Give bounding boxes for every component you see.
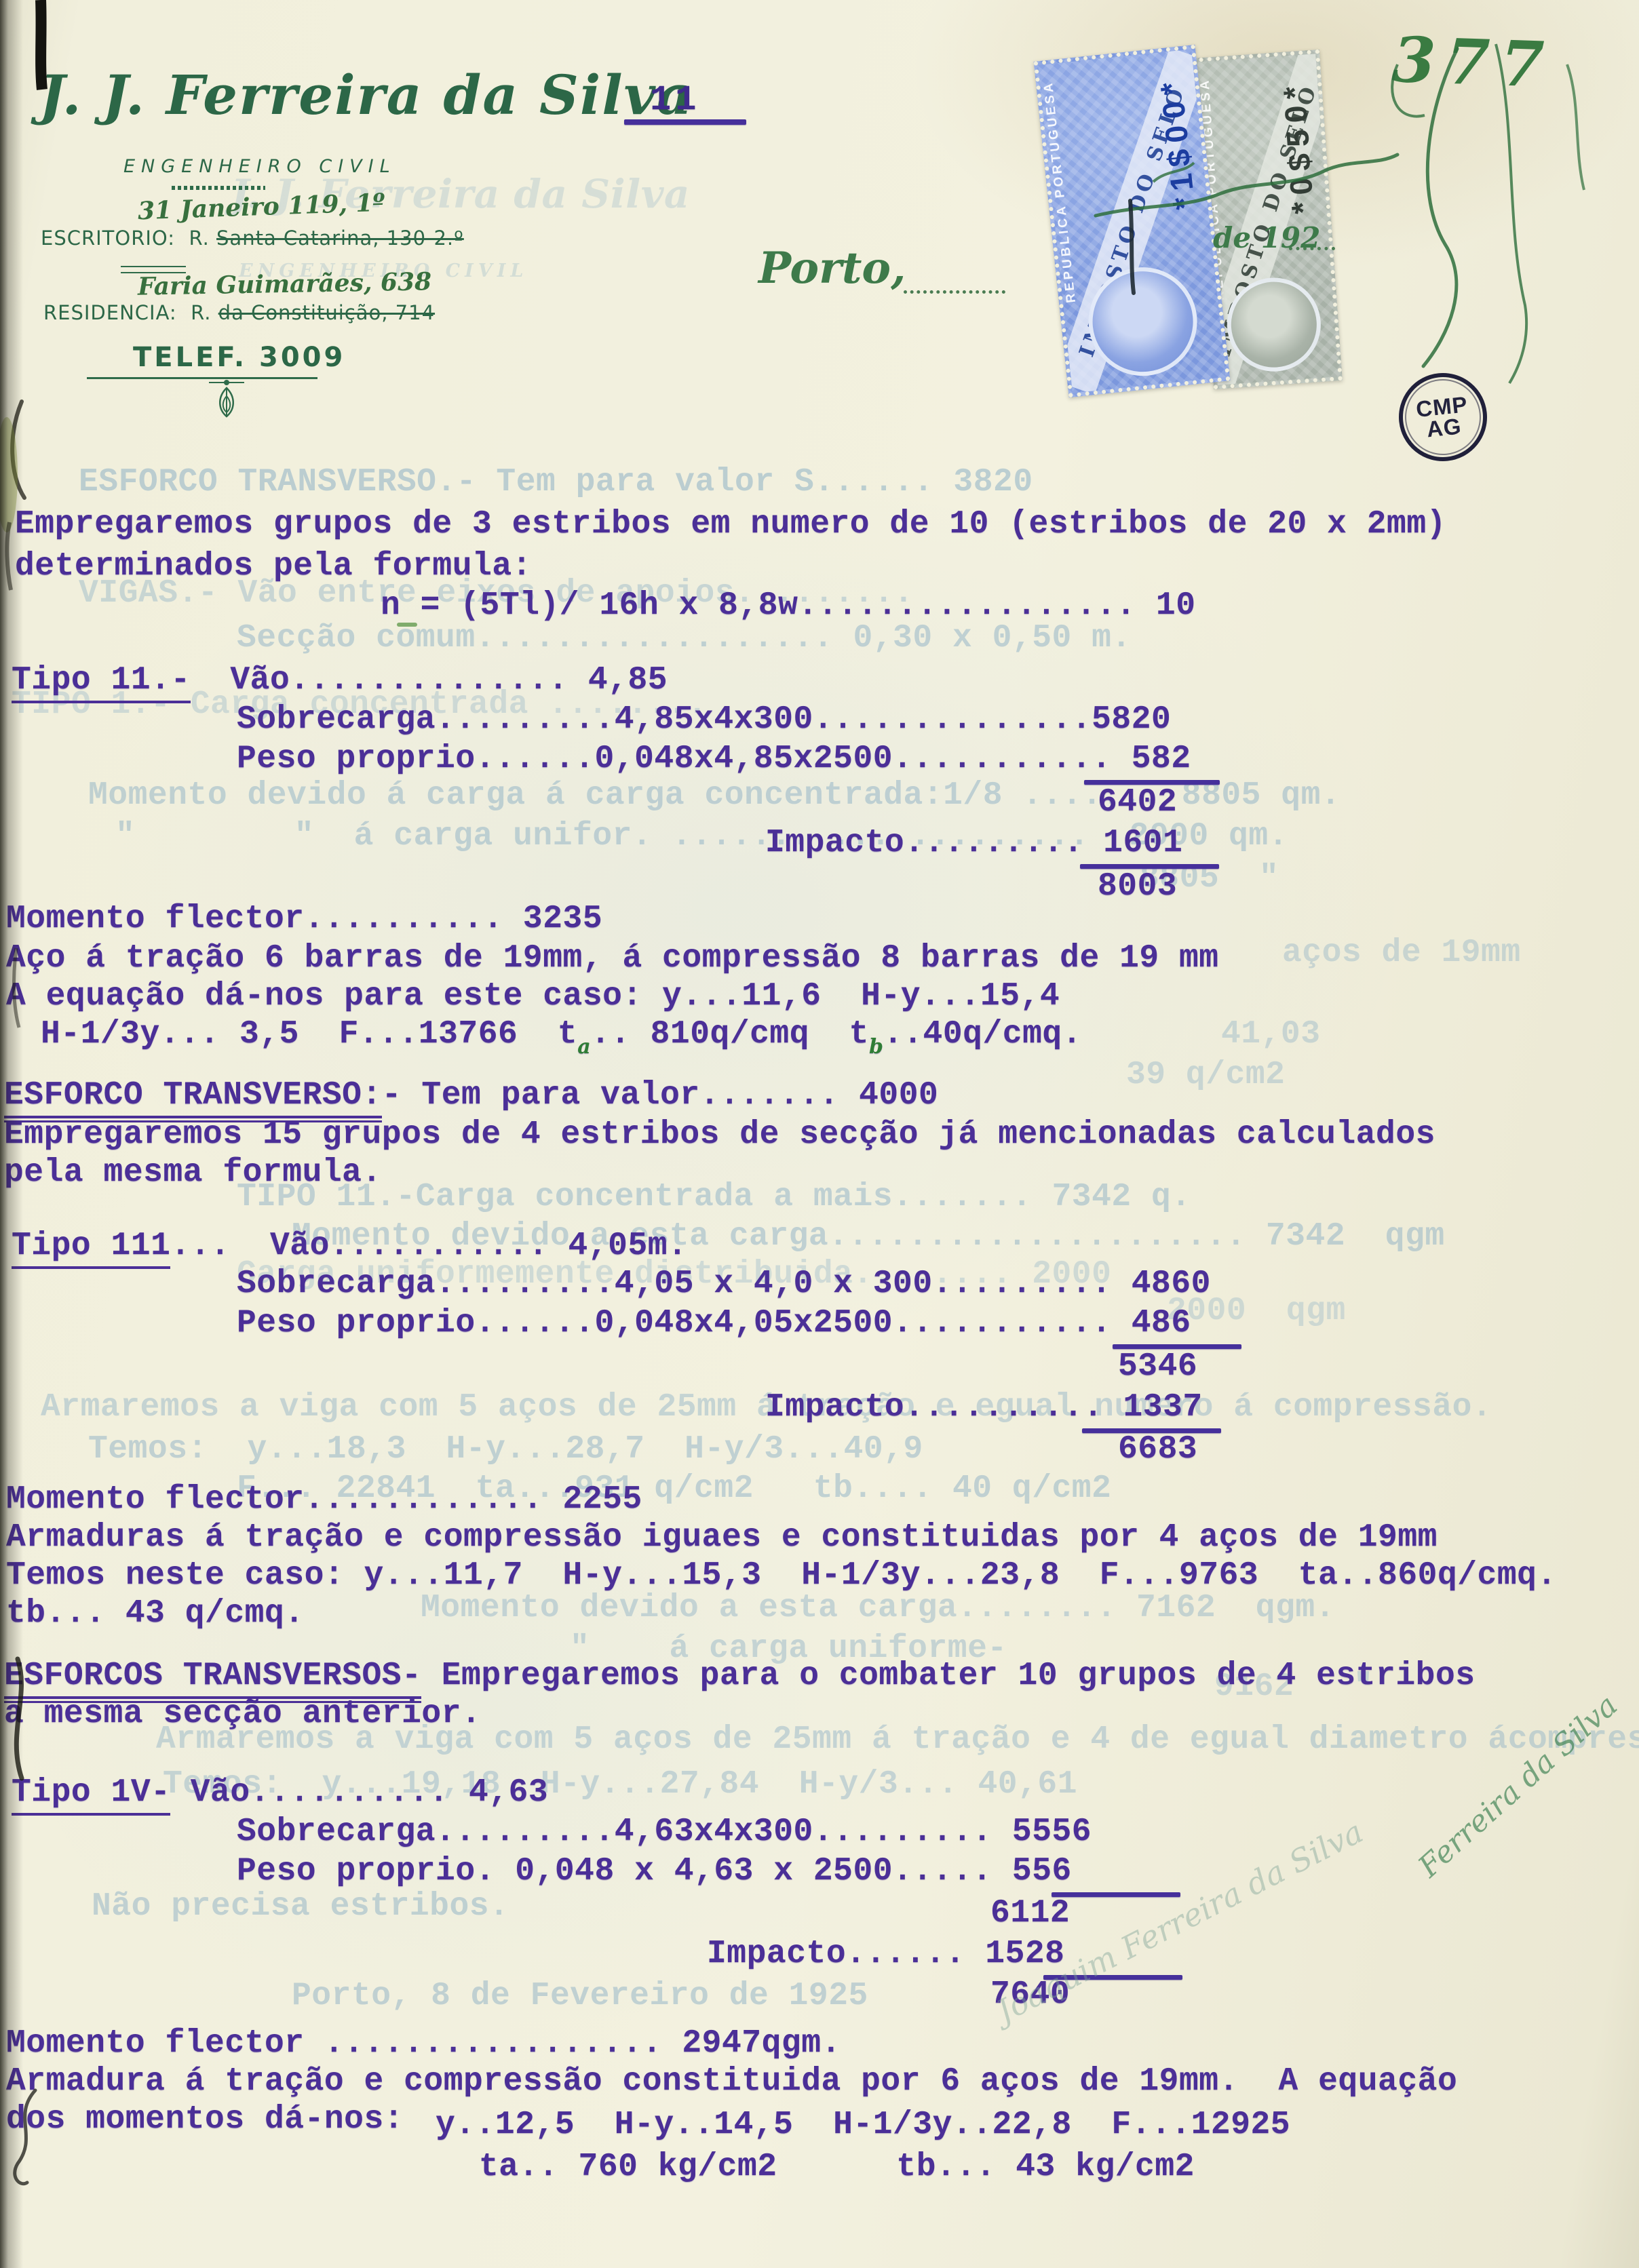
text-segment: 6402: [1098, 784, 1177, 821]
text-segment: 41,03: [1221, 1016, 1321, 1053]
text-segment: Momento flector ................. 2947qg…: [6, 2025, 841, 2062]
typed-line: H-1/3y... 3,5 F...13766 ta.. 810q/cmq tb…: [41, 1017, 1082, 1059]
typed-line: Empregaremos grupos de 3 estribos em num…: [15, 507, 1446, 541]
round-stamp-line1: CMP: [1415, 393, 1469, 420]
text-segment: Impacto.......... 1337: [765, 1389, 1203, 1426]
text-segment: Momento devido a esta carga........ 7162…: [421, 1590, 1335, 1626]
stamp-country-text: REPUBLICA PORTUGUESA: [1041, 80, 1079, 304]
typed-line: y..12,5 H-y..14,5 H-1/3y..22,8 F...12925: [436, 2108, 1290, 2142]
text-segment: H-1/3y... 3,5 F...13766 t: [41, 1016, 577, 1053]
office-old-address: Santa Catarina, 130-2.º: [216, 227, 464, 250]
typed-line: Sobrecarga.........4,85x4x300...........…: [237, 703, 1171, 737]
handwritten-ref-number: 377: [1391, 23, 1556, 102]
typed-line: Armaduras á tração e compressão iguaes e…: [6, 1521, 1438, 1555]
text-segment: 6683: [1118, 1431, 1197, 1468]
text-segment: Temos neste caso: y...11,7 H-y...15,3 H-…: [6, 1557, 1557, 1594]
dateline-year: de 192: [1213, 221, 1320, 254]
text-segment: Momento flector.......... 3235: [6, 901, 602, 937]
ink-rule: [1082, 1428, 1221, 1433]
text-segment: 8003: [1098, 868, 1177, 905]
typed-line: 6402: [1098, 785, 1177, 819]
text-segment: Sobrecarga.........4,05 x 4,0 x 300.....…: [237, 1266, 1211, 1302]
handwritten-office-address: 31 Janeiro 119, 1º: [137, 189, 385, 226]
office-label: ESCRITORIO: R.: [41, 227, 216, 250]
text-segment: Armaduras á tração e compressão iguaes e…: [6, 1519, 1438, 1556]
text-segment: ... Vão........... 4,05m.: [170, 1228, 687, 1264]
letterhead-office-line: ESCRITORIO: R. Santa Catarina, 130-2.º: [41, 227, 464, 250]
dateline-city: Porto,: [758, 243, 906, 294]
scanned-document-page: J. J. Ferreira da Silva ENGENHEIRO CIVIL…: [0, 0, 1639, 2268]
text-segment: .. 810q/cmq t: [591, 1016, 869, 1053]
text-segment: y..12,5 H-y..14,5 H-1/3y..22,8 F...12925: [436, 2107, 1290, 2143]
text-segment: Sobrecarga.........4,63x4x300......... 5…: [237, 1814, 1092, 1850]
typed-line: Momento flector............ 2255: [6, 1483, 642, 1517]
letterhead-name: J. J. Ferreira da Silva: [39, 68, 693, 122]
typed-line: Tipo 11.- Vão.............. 4,85: [12, 663, 668, 697]
page-number: 11: [650, 80, 700, 120]
typed-line: n = (5Tl)/ 16h x 8,8w................. 1…: [381, 589, 1196, 623]
text-segment: Tipo 1V-: [12, 1774, 170, 1816]
typed-line: Impacto...... 1528: [707, 1937, 1064, 1971]
letterhead-phone: TELEF. 3009: [133, 342, 345, 373]
text-segment: Peso proprio. 0,048 x 4,63 x 2500..... 5…: [237, 1853, 1072, 1890]
ghost-line: Não precisa estribos.: [92, 1890, 509, 1923]
signature-handwriting: Ferreira da Silva: [1412, 1688, 1624, 1884]
typed-line: Impacto.......... 1337: [765, 1390, 1203, 1424]
text-segment: 39 q/cm2: [1126, 1057, 1285, 1093]
text-segment: Impacto...... 1528: [707, 1936, 1064, 1972]
ghost-line: Temos: y...18,3 H-y...28,7 H-y/3...40,9: [88, 1432, 923, 1466]
typed-line: A equação dá-nos para este caso: y...11,…: [6, 979, 1060, 1013]
typed-line: Momento flector.......... 3235: [6, 902, 602, 936]
ink-rule: [1113, 1344, 1241, 1349]
residence-label: RESIDENCIA: R.: [43, 301, 218, 324]
handwritten-residence-address: Faria Guimarães, 638: [138, 267, 432, 301]
typed-line: pela mesma formula.: [4, 1156, 382, 1190]
typed-line: ESFORCO TRANSVERSO:- Tem para valor.....…: [4, 1078, 938, 1112]
text-segment: Vão.............. 4,85: [191, 662, 668, 699]
ghost-line: Secção comum.................. 0,30 x 0,…: [237, 621, 1132, 655]
leaf-ornament-icon: [209, 377, 244, 419]
text-segment: Não precisa estribos.: [92, 1888, 509, 1925]
typed-line: Peso proprio......0,048x4,05x2500.......…: [237, 1306, 1191, 1340]
typed-line: Temos neste caso: y...11,7 H-y...15,3 H-…: [6, 1559, 1557, 1592]
typed-line: Tipo 1V- Vão.......... 4,63: [12, 1776, 548, 1810]
round-stamp-line2: AG: [1425, 415, 1462, 440]
ghost-line: Momento devido a esta carga........ 7162…: [421, 1591, 1335, 1625]
ghost-line: Porto, 8 de Fevereiro de 1925: [292, 1979, 868, 2013]
typed-line: 5346: [1118, 1350, 1197, 1384]
text-segment: Porto, 8 de Fevereiro de 1925: [292, 1978, 868, 2014]
typed-line: Tipo 111... Vão........... 4,05m.: [12, 1229, 687, 1263]
typed-line: Sobrecarga.........4,63x4x300......... 5…: [237, 1815, 1092, 1849]
typed-line: ESFORCOS TRANSVERSOS- Empregaremos para …: [4, 1659, 1476, 1693]
ghost-line: 41,03: [1221, 1017, 1321, 1051]
text-segment: Armadura á tração e compressão constitui…: [6, 2063, 1457, 2100]
text-segment: 6112: [990, 1895, 1070, 1932]
typed-line: 8003: [1098, 869, 1177, 903]
typed-line: tb... 43 q/cmq.: [6, 1597, 305, 1630]
typed-line: Armadura á tração e compressão constitui…: [6, 2065, 1457, 2098]
text-segment: ..40q/cmq.: [883, 1016, 1082, 1053]
text-segment: b: [869, 1035, 883, 1059]
text-segment: ESFORCO TRANSVERSO.- Tem para valor S...…: [79, 464, 1033, 501]
typed-line: Sobrecarga.........4,05 x 4,0 x 300.....…: [237, 1267, 1211, 1301]
typed-line: dos momentos dá-nos:: [6, 2103, 404, 2136]
text-segment: Peso proprio......0,048x4,85x2500.......…: [237, 741, 1191, 777]
ink-rule: [172, 186, 265, 190]
letterhead-title: ENGENHEIRO CIVIL: [123, 156, 396, 177]
ink-rule: [1052, 1892, 1180, 1897]
ink-rule: [397, 623, 417, 627]
text-segment: Empregaremos 15 grupos de 4 estribos de …: [4, 1116, 1435, 1153]
text-segment: 5346: [1118, 1348, 1197, 1385]
text-segment: Tipo 111: [12, 1228, 170, 1269]
ink-rule: [87, 377, 317, 379]
text-segment: Tipo 11.-: [12, 662, 191, 703]
residence-old-address: da Constituição, 714: [218, 301, 435, 324]
text-segment: a mesma secção anterior.: [4, 1696, 481, 1732]
text-segment: ESFORCOS TRANSVERSOS-: [4, 1658, 421, 1699]
text-segment: Aço á tração 6 barras de 19mm, á compres…: [6, 940, 1219, 977]
text-segment: dos momentos dá-nos:: [6, 2101, 404, 2138]
text-segment: a: [577, 1035, 590, 1059]
ink-rule: [1080, 864, 1219, 869]
text-segment: n = (5Tl)/ 16h x 8,8w................. 1…: [381, 587, 1196, 624]
typed-line: Peso proprio. 0,048 x 4,63 x 2500..... 5…: [237, 1854, 1072, 1888]
typed-line: a mesma secção anterior.: [4, 1697, 481, 1731]
typed-line: Empregaremos 15 grupos de 4 estribos de …: [4, 1118, 1435, 1152]
text-segment: Empregaremos para o combater 10 grupos d…: [421, 1658, 1475, 1694]
text-segment: Secção comum.................. 0,30 x 0,…: [237, 620, 1132, 657]
cmp-ag-round-stamp: CMP AG: [1395, 369, 1492, 466]
typed-line: Momento flector ................. 2947qg…: [6, 2027, 841, 2060]
text-segment: - Tem para valor....... 4000: [382, 1077, 939, 1114]
text-segment: ta.. 760 kg/cm2 tb... 43 kg/cm2: [479, 2149, 1195, 2185]
typed-line: Aço á tração 6 barras de 19mm, á compres…: [6, 941, 1219, 975]
typed-line: Impacto......... 1601: [765, 826, 1182, 860]
text-segment: Vão.......... 4,63: [170, 1774, 548, 1811]
text-segment: Sobrecarga.........4,85x4x300...........…: [237, 701, 1171, 738]
text-segment: Empregaremos grupos de 3 estribos em num…: [15, 506, 1446, 543]
typed-line: 6683: [1118, 1432, 1197, 1466]
ink-rule: [624, 119, 746, 125]
text-segment: Peso proprio......0,048x4,05x2500.......…: [237, 1305, 1191, 1342]
typed-line: 6112: [990, 1896, 1070, 1930]
ghost-line: ESFORCO TRANSVERSO.- Tem para valor S...…: [79, 465, 1033, 499]
ghost-line: 39 q/cm2: [1126, 1058, 1285, 1092]
ink-rule: [1084, 780, 1220, 785]
text-segment: aços de 19mm: [1282, 935, 1521, 971]
text-segment: Momento flector............ 2255: [6, 1481, 642, 1518]
text-segment: A equação dá-nos para este caso: y...11,…: [6, 978, 1060, 1015]
typed-line: Peso proprio......0,048x4,85x2500.......…: [237, 742, 1191, 776]
text-segment: Impacto......... 1601: [765, 825, 1182, 861]
ink-rule: [904, 290, 1005, 294]
letterhead-residence-line: RESIDENCIA: R. da Constituição, 714: [43, 301, 435, 324]
ghost-line: aços de 19mm: [1282, 936, 1521, 970]
typed-line: ta.. 760 kg/cm2 tb... 43 kg/cm2: [479, 2150, 1195, 2184]
text-segment: determinados pela formula:: [15, 548, 532, 585]
text-segment: tb... 43 q/cmq.: [6, 1595, 305, 1632]
typed-line: determinados pela formula:: [15, 549, 532, 583]
text-segment: ESFORCO TRANSVERSO:: [4, 1077, 382, 1118]
text-segment: pela mesma formula.: [4, 1154, 382, 1191]
text-segment: Temos: y...18,3 H-y...28,7 H-y/3...40,9: [88, 1431, 923, 1468]
